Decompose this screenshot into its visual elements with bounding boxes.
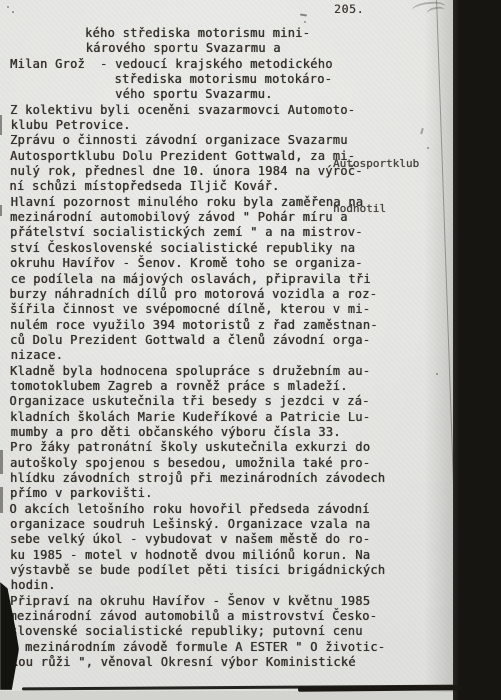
text-line: Zprávu o činnosti závodní organizace Sva…: [10, 133, 385, 148]
text-line: Organizace uskutečnila tři besedy s jezd…: [9, 394, 384, 409]
margin-note-line-1: Autosportklub: [333, 156, 419, 171]
text-line: ství Československé socialistické republ…: [10, 241, 385, 256]
margin-note-line-2: hodnotil: [333, 201, 419, 216]
scan-edge-sliver: [0, 205, 2, 216]
text-line: nizace.: [11, 348, 386, 363]
page-number: 205.: [334, 2, 364, 16]
text-line: Připraví na okruhu Havířov - Šenov v kvě…: [10, 594, 385, 609]
scan-speck: [420, 128, 423, 134]
scanned-document-screenshot: { "page": { "number": "205.", "margin_no…: [0, 0, 501, 700]
text-line: mezinárodní závod automobilů a mistrovst…: [9, 609, 384, 624]
scan-edge-sliver: [0, 487, 3, 513]
text-line: kou růži ", věnoval Okresní výbor Komini…: [11, 655, 386, 670]
text-line: ců Dolu Prezident Gottwald a členů závod…: [10, 333, 385, 348]
scan-speck: [12, 11, 14, 13]
text-line: mumby a pro děti občanského výboru čísla…: [11, 425, 386, 440]
scan-edge-sliver: [0, 115, 2, 135]
pencil-mark: [300, 14, 307, 17]
text-line: ní schůzi místopředseda Iljič Kovář.: [9, 179, 384, 194]
text-line: okruhu Havířov - Šenov. Kromě toho se or…: [10, 256, 385, 271]
text-line: hlídku závodních strojů při mezinárodníc…: [10, 471, 385, 486]
text-line: vého sportu Svazarmu.: [10, 87, 385, 102]
text-line: hodin.: [11, 578, 386, 593]
text-line: klubu Petrovice.: [11, 118, 386, 133]
text-line: kého střediska motorismu mini-: [10, 26, 385, 41]
text-line: přímo v parkovišti.: [10, 486, 385, 501]
scan-edge-bottom-line-thick: [298, 685, 462, 691]
text-line: sebe velký úkol - vybudovat v našem měst…: [10, 532, 385, 547]
text-line: ku 1985 - motel v hodnotě dvou miliónů k…: [10, 548, 385, 563]
text-line: střediska motorismu motokáro-: [9, 72, 384, 87]
scan-edge-right: [453, 0, 501, 700]
text-line: slovenské socialistické republiky; putov…: [10, 624, 385, 639]
text-line: ce podílela na májových oslavách, připra…: [11, 272, 386, 287]
text-line: přátelství socialistických zemí " a na m…: [10, 225, 385, 240]
text-line: O akcích letošního roku hovořil předseda…: [9, 502, 384, 517]
text-line: šířila činnost ve svépomocné dílně, kter…: [10, 302, 385, 317]
scanner-bed-strip: [0, 691, 501, 700]
text-line: Pro žáky patronátní školy uskutečnila ex…: [10, 440, 385, 455]
text-line: výstavbě se bude podílet pěti tisíci bri…: [10, 563, 385, 578]
text-line: nulém roce využilo 394 motoristů z řad z…: [10, 318, 385, 333]
margin-note: Autosportklub hodnotil: [333, 126, 419, 246]
document-body: kého střediska motorismu mini- kárového …: [10, 26, 385, 670]
text-line: burzy náhradních dílů pro motorová vozid…: [9, 287, 384, 302]
text-line: mezinárodní automobilový závod " Pohár m…: [10, 210, 385, 225]
text-line: Kladně byla hodnocena spolupráce s druže…: [10, 364, 385, 379]
text-line: v mezinárodním závodě formule A ESTER " …: [10, 640, 385, 655]
text-line: organizace soudruh Lešinský. Organizace …: [10, 517, 385, 532]
text-line: autoškoly spojenou s besedou, umožnila t…: [10, 456, 385, 471]
scan-speck: [7, 6, 9, 8]
pencil-mark: [304, 21, 306, 23]
scan-edge-sliver: [0, 450, 3, 474]
text-line: kárového sportu Svazarmu a: [11, 41, 386, 56]
text-line: kladních školách Marie Kudeříkové a Patr…: [10, 410, 385, 425]
text-line: Autosportklubu Dolu Prezident Gottwald, …: [10, 149, 385, 164]
text-line: Z kolektivu byli oceněni svazarmovci Aut…: [10, 103, 385, 118]
text-line: nulý rok, přednesl dne 10. února 1984 na…: [10, 164, 385, 179]
text-line: tomotoklubem Zagreb a rovněž práce s mla…: [10, 379, 385, 394]
text-line: Hlavní pozornost minulého roku byla zamě…: [11, 195, 386, 210]
text-line: Milan Grož - vedoucí krajského metodické…: [10, 57, 385, 72]
